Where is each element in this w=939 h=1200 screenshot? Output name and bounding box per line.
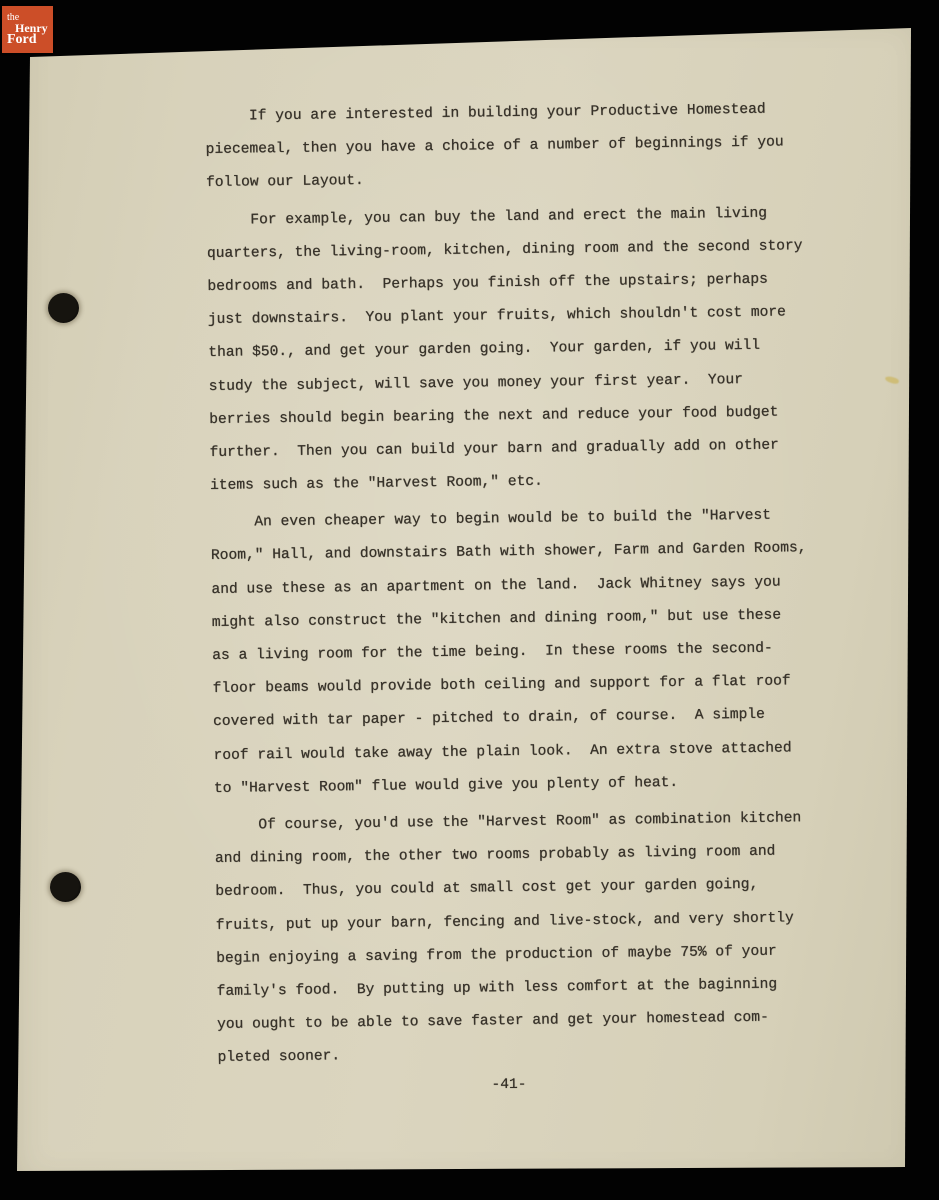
hole-punch-top: [48, 293, 79, 323]
typewritten-text: If you are interested in building your P…: [205, 93, 826, 1079]
paper-blemish: [884, 375, 899, 385]
page-number: -41-: [205, 1075, 813, 1094]
paragraph: An even cheaper way to begin would be to…: [210, 499, 822, 806]
logo-text-ford: Ford: [7, 33, 37, 47]
paragraph: For example, you can buy the land and er…: [206, 197, 818, 504]
paragraph: Of course, you'd use the "Harvest Room" …: [214, 802, 825, 1075]
photo-background: If you are interested in building your P…: [0, 0, 939, 1200]
henry-ford-logo: the Henry Ford: [2, 6, 53, 53]
typewritten-line: to "Harvest Room" flue would give you pl…: [214, 765, 822, 806]
typewritten-line: follow our Layout.: [206, 159, 814, 200]
hole-punch-bottom: [50, 872, 81, 902]
typewritten-line: items such as the "Harvest Room," etc.: [210, 462, 818, 503]
typewritten-line: pleted sooner.: [217, 1034, 825, 1075]
document-page: If you are interested in building your P…: [0, 0, 939, 1200]
paragraph: If you are interested in building your P…: [205, 93, 814, 201]
